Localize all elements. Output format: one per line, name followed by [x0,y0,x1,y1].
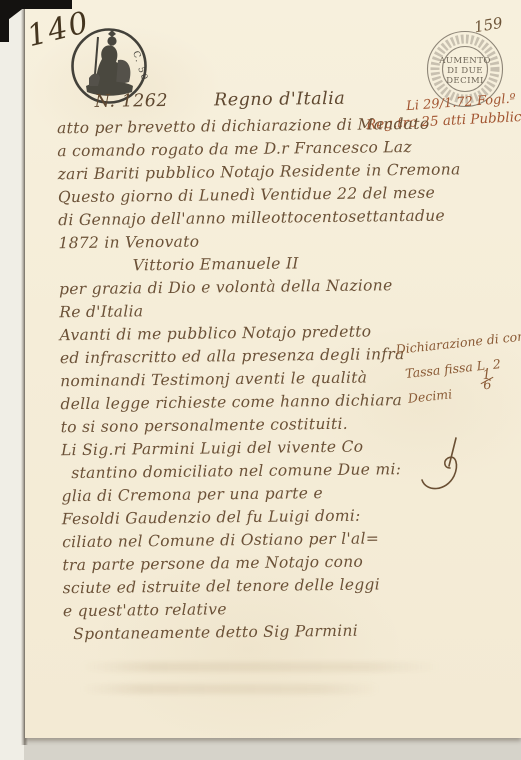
manuscript-line: della legge richieste come hanno dichiar… [60,389,435,417]
act-number: N. 1262 [95,91,169,112]
notary-paraph-flourish [416,424,478,496]
scanned-document: 140 159 C. 50 AUMENTO DI DUE DECIMI Li 2… [0,0,521,760]
surcharge-stamp-line3: DECIMI [446,76,484,86]
manuscript-line: ed infrascritto ed alla presenza degli i… [60,343,435,371]
manuscript-line: per grazia di Dio e volontà della Nazion… [59,274,434,302]
verso-bleed-through [80,662,440,672]
margin-tax-note: Dichiarazione di comando Tassa fissa L. … [394,323,521,411]
manuscript-line: Spontaneamente detto Sig Parmini [63,619,438,647]
manuscript-body: N. 1262 Regno d'Italia atto per brevetto… [57,88,439,647]
surcharge-stamp-line2: DI DUE [447,66,483,76]
manuscript-line: di Gennajo dell'anno milleottocentosetta… [58,205,433,233]
margin-note-fraction: 1 6 [477,367,497,393]
act-header: N. 1262 Regno d'Italia [57,88,432,113]
manuscript-line: stantino domiciliato nel comune Due mi: [61,458,436,486]
verso-bleed-through [80,684,380,694]
surcharge-stamp-line1: AUMENTO [438,56,491,66]
act-title: Regno d'Italia [214,89,345,111]
